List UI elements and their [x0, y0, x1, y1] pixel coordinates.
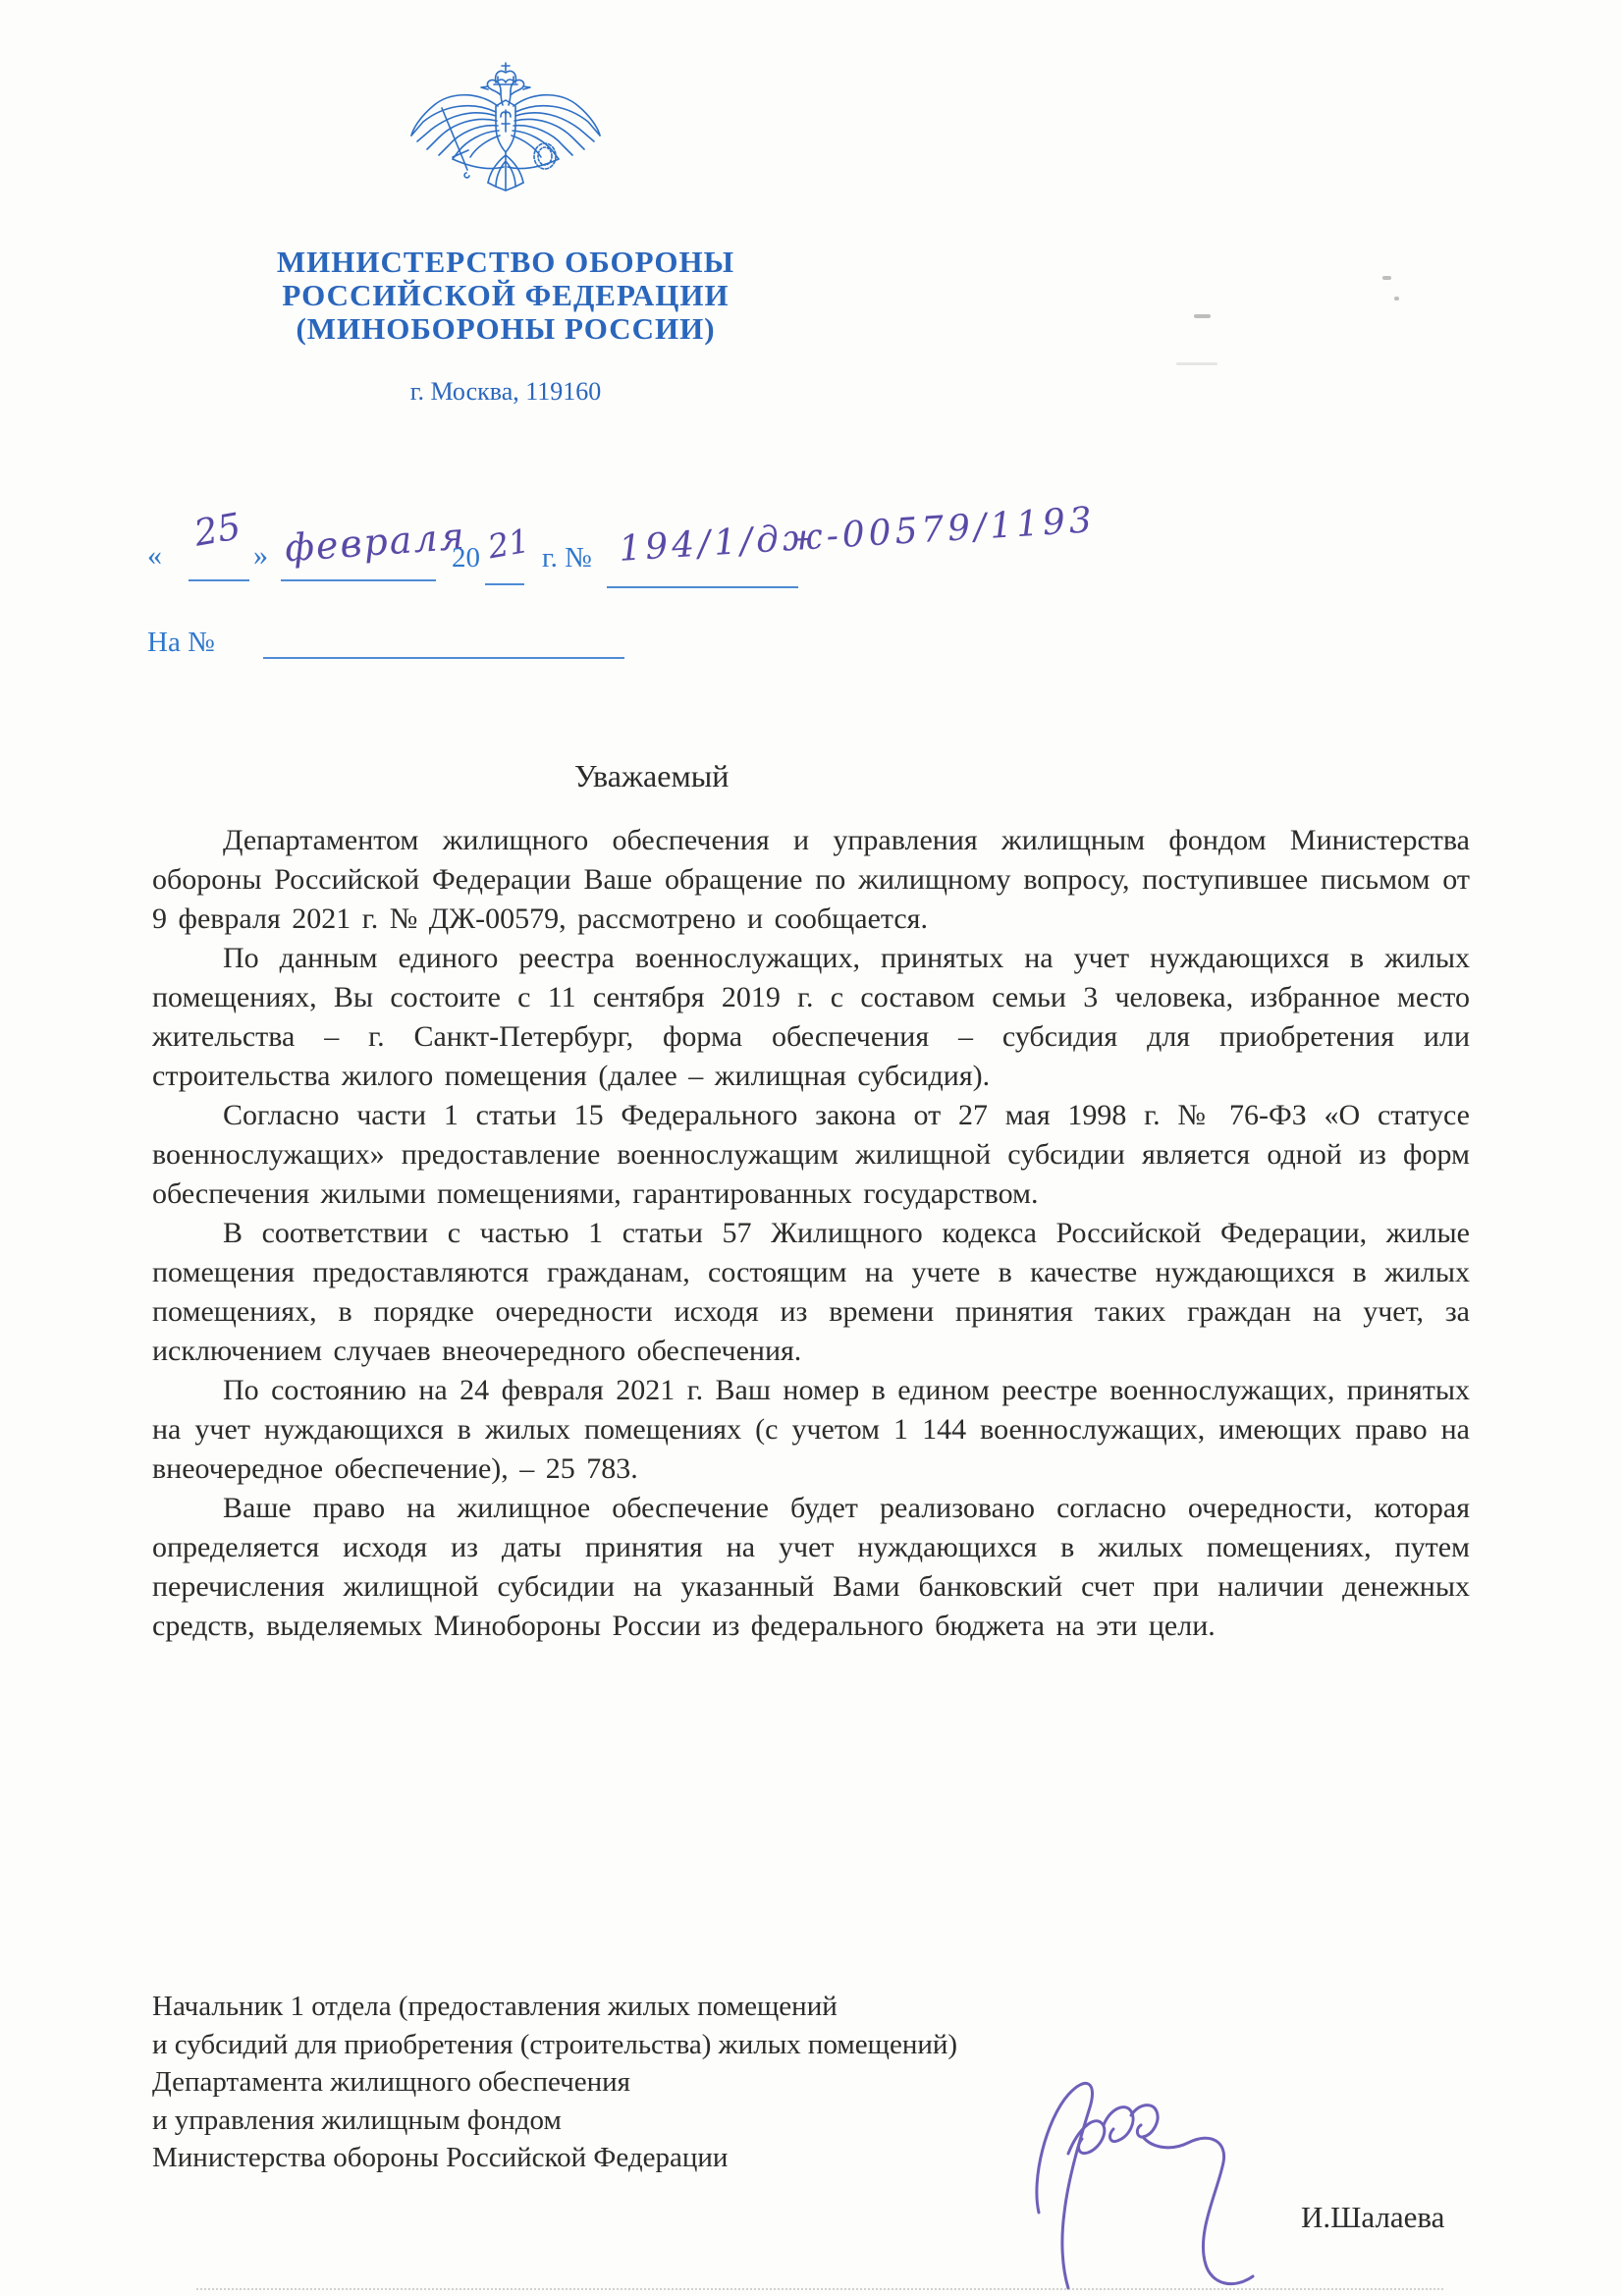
scan-artifact	[1176, 362, 1217, 365]
org-name: МИНИСТЕРСТВО ОБОРОНЫ РОССИЙСКОЙ ФЕДЕРАЦИ…	[260, 246, 751, 346]
handwritten-day: 25	[191, 505, 244, 555]
handwritten-month: февраля	[284, 515, 467, 571]
open-quote: «	[147, 539, 162, 573]
org-name-line-2: РОССИЙСКОЙ ФЕДЕРАЦИИ	[260, 279, 751, 312]
position-line-2: и субсидий для приобретения (строительст…	[152, 2026, 957, 2064]
salutation: Уважаемый	[574, 758, 729, 794]
scanned-letter-page: МИНИСТЕРСТВО ОБОРОНЫ РОССИЙСКОЙ ФЕДЕРАЦИ…	[0, 0, 1622, 2296]
mod-eagle-emblem-icon	[407, 61, 604, 198]
body-paragraph-1: Департаментом жилищного обеспечения и уп…	[152, 821, 1470, 939]
body-paragraph-5: По состоянию на 24 февраля 2021 г. Ваш н…	[152, 1371, 1470, 1489]
handwritten-signature-icon	[1029, 2060, 1279, 2291]
scan-artifact	[1394, 297, 1399, 301]
year-blank-underline	[485, 583, 524, 585]
org-name-line-3: (МИНОБОРОНЫ РОССИИ)	[260, 312, 751, 346]
handwritten-year: 21	[485, 521, 532, 567]
letterhead: МИНИСТЕРСТВО ОБОРОНЫ РОССИЙСКОЙ ФЕДЕРАЦИ…	[260, 61, 751, 407]
close-quote: »	[253, 539, 268, 573]
signer-name: И.Шалаева	[1301, 2200, 1444, 2235]
body-paragraph-2: По данным единого реестра военнослужащих…	[152, 939, 1470, 1096]
scan-edge-dotted-line	[196, 2288, 1443, 2290]
position-line-3: Департамента жилищного обеспечения	[152, 2063, 957, 2102]
month-blank-underline	[281, 579, 436, 581]
reply-to-blank-underline	[263, 657, 624, 659]
org-address: г. Москва, 119160	[260, 377, 751, 407]
position-line-1: Начальник 1 отдела (предоставления жилых…	[152, 1988, 957, 2026]
reply-to-label: На №	[147, 627, 215, 659]
year-prefix: 20	[452, 542, 480, 574]
signature-position-block: Начальник 1 отдела (предоставления жилых…	[152, 1988, 957, 2177]
body-paragraph-4: В соответствии с частью 1 статьи 57 Жили…	[152, 1214, 1470, 1371]
position-line-4: и управления жилищным фондом	[152, 2102, 957, 2140]
position-line-5: Министерства обороны Российской Федераци…	[152, 2139, 957, 2177]
number-label: г. №	[542, 542, 592, 574]
day-blank-underline	[189, 579, 249, 581]
letter-body: Департаментом жилищного обеспечения и уп…	[152, 821, 1470, 1646]
handwritten-number: 194/1/дж-00579/1193	[618, 500, 1097, 570]
scan-artifact	[1194, 314, 1211, 318]
body-paragraph-3: Согласно части 1 статьи 15 Федерального …	[152, 1096, 1470, 1214]
org-name-line-1: МИНИСТЕРСТВО ОБОРОНЫ	[260, 246, 751, 279]
body-paragraph-6: Ваше право на жилищное обеспечение будет…	[152, 1489, 1470, 1646]
scan-artifact	[1382, 276, 1391, 280]
number-blank-underline	[607, 586, 798, 588]
